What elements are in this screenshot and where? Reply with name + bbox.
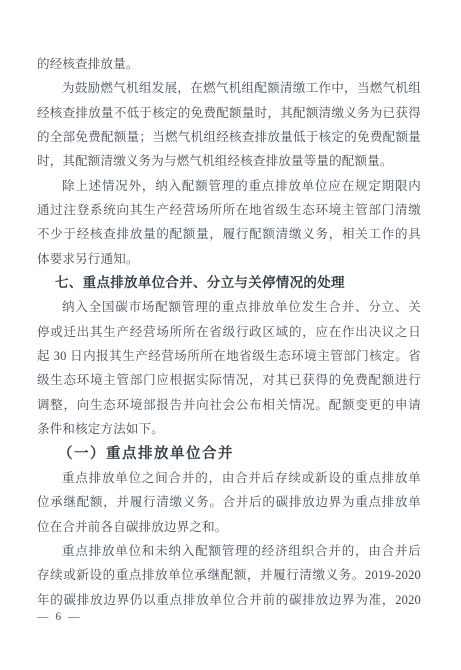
text-line: 调整，向生态环境部报告并向社会公布相关情况。配额变更的申请 bbox=[37, 393, 421, 417]
text-line: 通过注登系统向其生产经营场所所在地省级生态环境主管部门清缴 bbox=[37, 198, 421, 222]
document-page: 的经核查排放量。为鼓励燃气机组发展，在燃气机组配额清缴工作中，当燃气机组经核查排… bbox=[0, 0, 461, 670]
text-line: 经核查排放量不低于核定的免费配额量时，其配额清缴义务为已获得 bbox=[37, 101, 421, 125]
document-body: 的经核查排放量。为鼓励燃气机组发展，在燃气机组配额清缴工作中，当燃气机组经核查排… bbox=[37, 52, 421, 612]
text-line: 纳入全国碳市场配额管理的重点排放单位发生合并、分立、关 bbox=[37, 295, 421, 319]
text-line: 级生态环境主管部门应根据实际情况，对其已获得的免费配额进行 bbox=[37, 368, 421, 392]
page-number: — 6 — bbox=[37, 606, 82, 628]
text-line: 位承继配额，并履行清缴义务。合并后的碳排放边界为重点排放单 bbox=[37, 490, 421, 514]
text-line: 的全部免费配额量；当燃气机组经核查排放量低于核定的免费配额量 bbox=[37, 125, 421, 149]
text-line: 起 30 日内报其生产经营场所所在地省级生态环境主管部门核定。省 bbox=[37, 344, 421, 368]
text-line: 年的碳排放边界仍以重点排放单位合并前的碳排放边界为准，2020 bbox=[37, 588, 421, 612]
text-line: 的经核查排放量。 bbox=[37, 52, 421, 76]
text-line: 重点排放单位和未纳入配额管理的经济组织合并的，由合并后 bbox=[37, 539, 421, 563]
section-heading: 七、重点排放单位合并、分立与关停情况的处理 bbox=[37, 271, 421, 295]
text-line: 为鼓励燃气机组发展，在燃气机组配额清缴工作中，当燃气机组 bbox=[37, 76, 421, 100]
text-line: 体要求另行通知。 bbox=[37, 247, 421, 271]
text-line: 条件和核定方法如下。 bbox=[37, 417, 421, 441]
text-line: 停或迁出其生产经营场所所在省级行政区域的，应在作出决议之日 bbox=[37, 320, 421, 344]
text-line: 除上述情况外，纳入配额管理的重点排放单位应在规定期限内 bbox=[37, 174, 421, 198]
text-line: 不少于经核查排放量的配额量，履行配额清缴义务，相关工作的具 bbox=[37, 222, 421, 246]
subsection-heading: （一）重点排放单位合并 bbox=[37, 442, 421, 466]
text-line: 重点排放单位之间合并的，由合并后存续或新设的重点排放单 bbox=[37, 466, 421, 490]
text-line: 时，其配额清缴义务为与燃气机组经核查排放量等量的配额量。 bbox=[37, 149, 421, 173]
text-line: 位在合并前各自碳排放边界之和。 bbox=[37, 515, 421, 539]
text-line: 存续或新设的重点排放单位承继配额，并履行清缴义务。2019-2020 bbox=[37, 563, 421, 587]
